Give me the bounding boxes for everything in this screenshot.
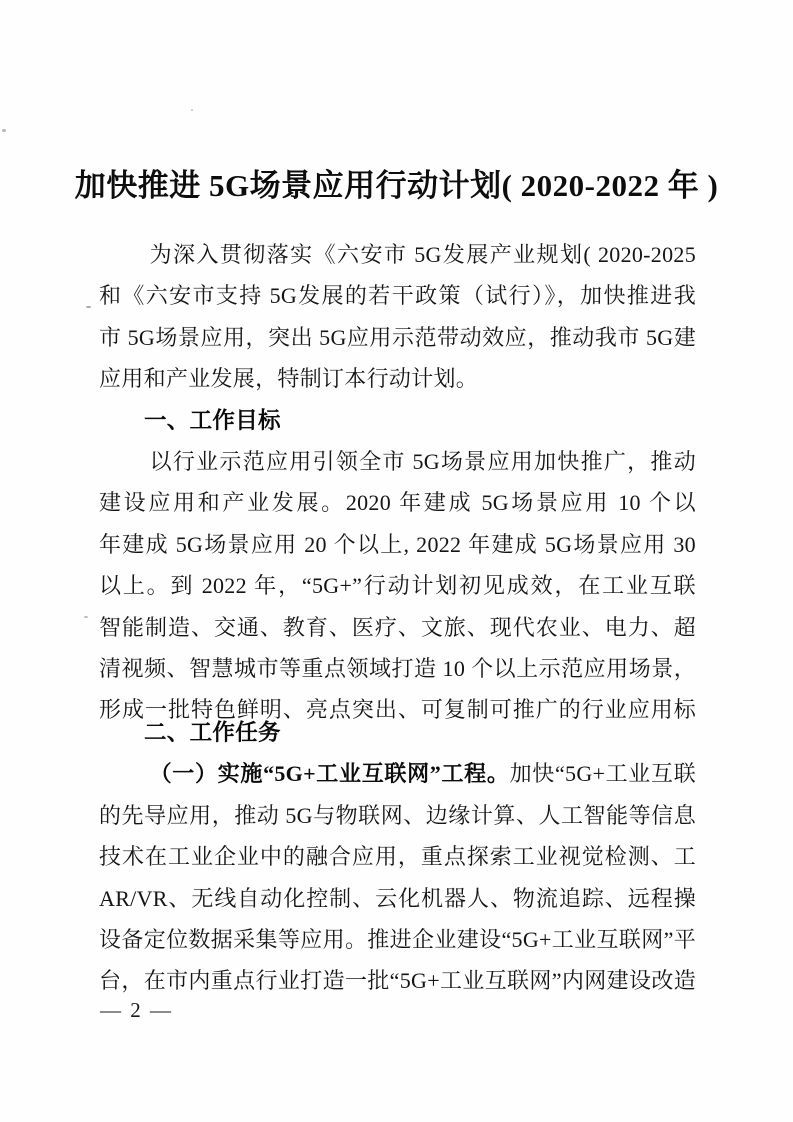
page-number: — 2 — — [100, 995, 173, 1025]
goals-line: 以行业示范应用引领全市 5G场景应用加快推广，推动 5G — [99, 441, 696, 482]
intro-line: 应用和产业发展，特制订本行动计划。 — [99, 358, 696, 399]
goals-line: 以上。到 2022 年，“5G+”行动计划初见成效，在工业互联网、 — [99, 565, 696, 606]
scan-artifact — [2, 129, 6, 132]
task1-line: 设备定位数据采集等应用。推进企业建设“5G+工业互联网”平 — [99, 919, 696, 960]
intro-and-goals-section: 为深入贯彻落实《六安市 5G发展产业规划( 2020-2025 年 )》 和《六… — [99, 234, 696, 731]
document-title: 加快推进 5G场景应用行动计划( 2020-2022 年 ) — [0, 162, 793, 210]
task1-line: 的先导应用，推动 5G与物联网、边缘计算、人工智能等信息 — [99, 795, 696, 836]
section-heading-goals: 一、工作目标 — [99, 400, 696, 441]
task1-line: 台，在市内重点行业打造一批“5G+工业互联网”内网建设改造 — [99, 960, 696, 1001]
task1-line: 技术在工业企业中的融合应用，重点探索工业视觉检测、工业 — [99, 836, 696, 877]
intro-line: 市 5G场景应用，突出 5G应用示范带动效应，推动我市 5G建设 — [99, 317, 696, 358]
goals-line: 清视频、智慧城市等重点领域打造 10 个以上示范应用场景， — [99, 648, 696, 689]
intro-line: 和《六安市支持 5G发展的若干政策（试行）》，加快推进我 — [99, 275, 696, 316]
section-heading-tasks: 二、工作任务 — [99, 712, 696, 753]
goals-line: 建设应用和产业发展。2020 年建成 5G场景应用 10 个以上,2021 — [99, 482, 696, 523]
goals-line: 年建成 5G场景应用 20 个以上, 2022 年建成 5G场景应用 30 个 — [99, 524, 696, 565]
tasks-section: 二、工作任务 （一）实施“5G+工业互联网”工程。加快“5G+工业互联网” 的先… — [99, 712, 696, 1002]
task1-line: AR/VR、无线自动化控制、云化机器人、物流追踪、远程操纵、 — [99, 878, 696, 919]
document-page: 加快推进 5G场景应用行动计划( 2020-2022 年 ) 为深入贯彻落实《六… — [0, 0, 793, 1122]
goals-line: 智能制造、交通、教育、医疗、文旅、现代农业、电力、超高 — [99, 607, 696, 648]
scan-artifact — [84, 616, 88, 618]
task1-bold-title: （一）实施“5G+工业互联网”工程。 — [150, 761, 510, 786]
intro-line: 为深入贯彻落实《六安市 5G发展产业规划( 2020-2025 年 )》 — [99, 234, 696, 275]
scan-artifact — [86, 306, 91, 308]
scan-artifact — [191, 109, 193, 111]
task1-title-line: （一）实施“5G+工业互联网”工程。加快“5G+工业互联网” — [99, 753, 696, 794]
